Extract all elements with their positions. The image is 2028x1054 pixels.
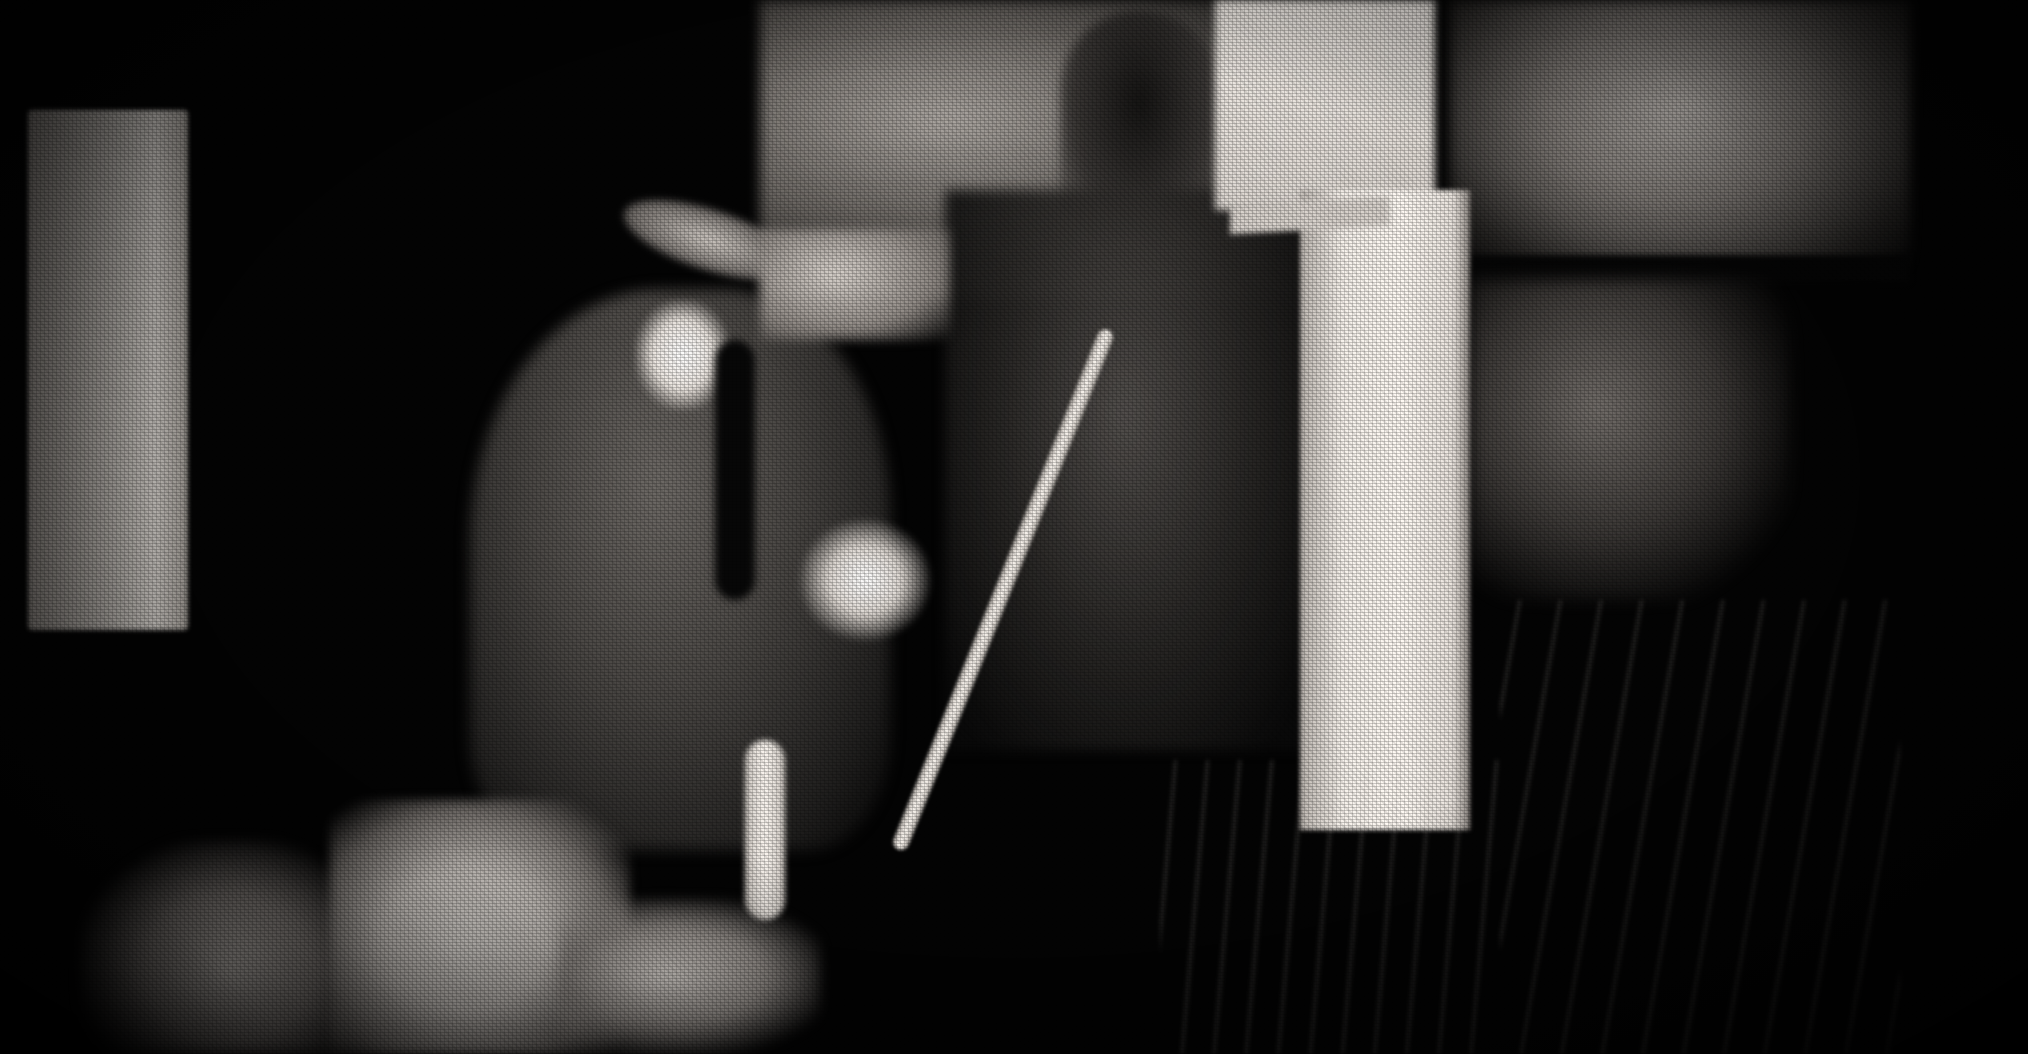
right-wall-shadow	[1470, 280, 1790, 600]
column-top	[1215, 0, 1435, 210]
dark-doorway	[945, 190, 1305, 750]
upper-right-wall	[1450, 0, 1910, 270]
foliage-right	[560, 900, 820, 1054]
hand-highlight	[800, 520, 930, 640]
grass-right	[1500, 600, 1900, 1054]
face-shadow	[715, 340, 755, 600]
hat-crown	[760, 230, 950, 340]
photograph	[0, 0, 2028, 1054]
bright-column	[1300, 190, 1470, 830]
grass-middle	[1160, 760, 1500, 1054]
lintel-shadow	[1470, 255, 1910, 283]
arm-highlight	[745, 740, 785, 920]
left-bright-panel	[28, 110, 188, 630]
